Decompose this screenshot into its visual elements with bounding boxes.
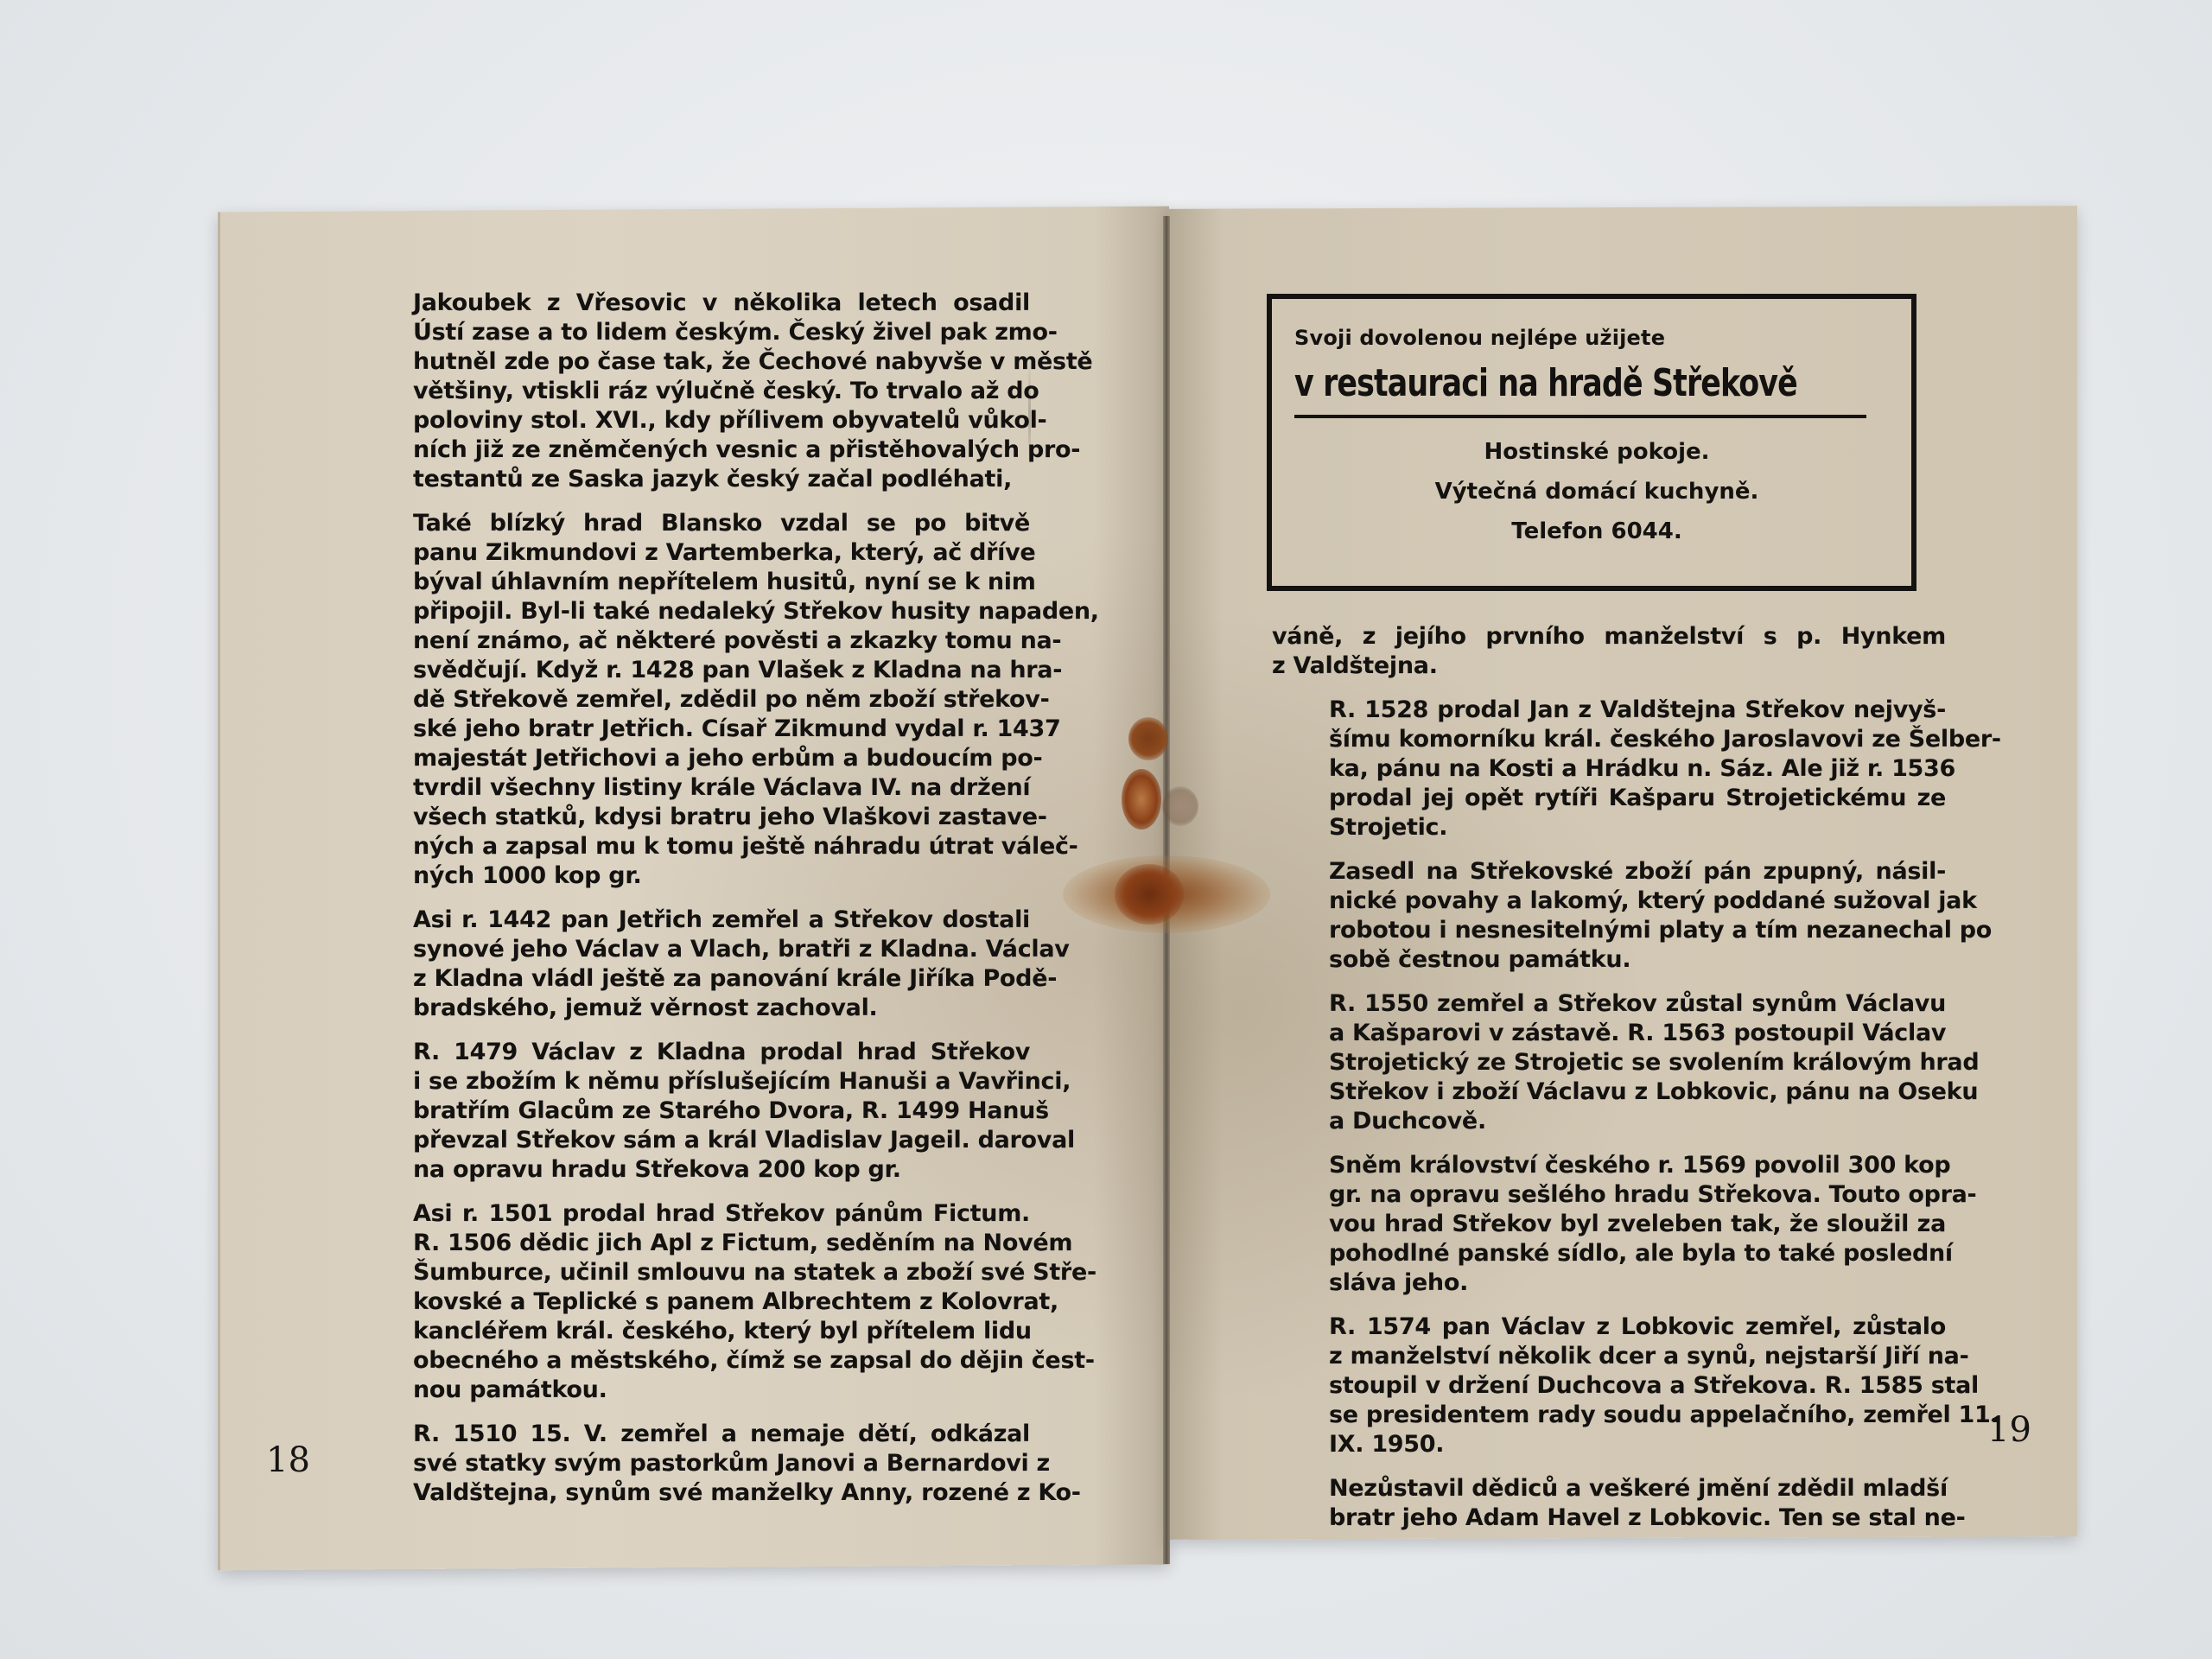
ad-headline: v restauraci na hradě Střekově (1294, 359, 1819, 408)
text-line: Nezůstavil dědiců a veškeré jmění zdědil… (1272, 1474, 1946, 1503)
text-line: tvrdil všechny listiny krále Václava IV.… (356, 773, 1030, 803)
text-line: převzal Střekov sám a král Vladislav Jag… (356, 1126, 1030, 1155)
text-line: ka, pánu na Kosti a Hrádku n. Sáz. Ale j… (1272, 754, 1946, 784)
text-line: své statky svým pastorkům Janovi a Berna… (356, 1449, 1030, 1478)
text-line: R. 1528 prodal Jan z Valdštejna Střekov … (1272, 696, 1946, 725)
text-line: stoupil v držení Duchcova a Střekova. R.… (1272, 1371, 1946, 1401)
text-line: není známo, ač některé pověsti a zkazky … (356, 626, 1030, 656)
rust-stain (1122, 769, 1161, 829)
text-line: Sněm království českého r. 1569 povolil … (1272, 1151, 1946, 1180)
text-line: z manželství několik dcer a synů, nejsta… (1272, 1342, 1946, 1371)
text-line: synové jeho Václav a Vlach, bratři z Kla… (356, 935, 1030, 964)
text-line: i se zbožím k němu příslušejícím Hanuši … (356, 1067, 1030, 1096)
left-page-body: Jakoubek z Vřesovic v několika letech os… (356, 289, 1030, 1522)
text-line: většiny, vtiskli ráz výlučně český. To t… (356, 377, 1030, 406)
text-line: Střekov i zboží Václavu z Lobkovic, pánu… (1272, 1077, 1946, 1107)
text-line: váně, z jejího prvního manželství s p. H… (1272, 622, 1946, 652)
text-line: se presidentem rady soudu appelačního, z… (1272, 1401, 1946, 1430)
text-line: R. 1574 pan Václav z Lobkovic zemřel, zů… (1272, 1313, 1946, 1342)
text-line: pohodlné panské sídlo, ale byla to také … (1272, 1239, 1946, 1268)
text-line: Ústí zase a to lidem českým. Český živel… (356, 318, 1030, 347)
rust-stain (1128, 717, 1168, 760)
paragraph: R. 1574 pan Václav z Lobkovic zemřel, zů… (1272, 1313, 1946, 1459)
paragraph: Sněm království českého r. 1569 povolil … (1272, 1151, 1946, 1298)
paragraph: R. 1528 prodal Jan z Valdštejna Střekov … (1272, 696, 1946, 842)
text-line: Zasedl na Střekovské zboží pán zpupný, n… (1272, 857, 1946, 887)
text-line: robotou i nesnesitelnými platy a tím nez… (1272, 916, 1946, 945)
paragraph: Jakoubek z Vřesovic v několika letech os… (356, 289, 1030, 494)
paragraph: R. 1510 15. V. zemřel a nemaje dětí, odk… (356, 1420, 1030, 1508)
text-line: na opravu hradu Střekova 200 kop gr. (356, 1155, 1030, 1185)
text-line: z Valdštejna. (1272, 652, 1946, 681)
text-line: všech statků, kdysi bratru jeho Vlaškovi… (356, 803, 1030, 832)
text-line: sláva jeho. (1272, 1268, 1946, 1298)
ad-lead-text: Svoji dovolenou nejlépe užijete (1294, 325, 1891, 351)
ad-line-phone: Telefon 6044. (1294, 512, 1899, 551)
text-line: nické povahy a lakomý, který poddané suž… (1272, 887, 1946, 916)
text-line: R. 1506 dědic jich Apl z Fictum, seděním… (356, 1229, 1030, 1258)
ad-divider (1294, 415, 1866, 418)
text-line: Jakoubek z Vřesovic v několika letech os… (356, 289, 1030, 318)
text-line: R. 1550 zemřel a Střekov zůstal synům Vá… (1272, 989, 1946, 1019)
text-line: z Kladna vládl ještě za panování krále J… (356, 964, 1030, 994)
ad-details: Hostinské pokoje. Výtečná domácí kuchyně… (1294, 432, 1899, 551)
text-line: připojil. Byl-li také nedaleký Střekov h… (356, 597, 1030, 626)
paragraph: Zasedl na Střekovské zboží pán zpupný, n… (1272, 857, 1946, 975)
text-line: kovské a Teplické s panem Albrechtem z K… (356, 1287, 1030, 1317)
text-line: R. 1510 15. V. zemřel a nemaje dětí, odk… (356, 1420, 1030, 1449)
text-line: Valdštejna, synům své manželky Anny, roz… (356, 1478, 1030, 1508)
text-line: dě Střekově zemřel, zdědil po něm zboží … (356, 685, 1030, 715)
text-line: ných 1000 kop gr. (356, 861, 1030, 891)
paragraph: Také blízký hrad Blansko vzdal se po bit… (356, 509, 1030, 891)
text-line: bradského, jemuž věrnost zachoval. (356, 994, 1030, 1023)
text-line: bratřím Glacům ze Starého Dvora, R. 1499… (356, 1096, 1030, 1126)
text-line: prodal jej opět rytíři Kašparu Strojetic… (1272, 784, 1946, 813)
text-line: býval úhlavním nepřítelem husitů, nyní s… (356, 568, 1030, 597)
text-line: ných a zapsal mu k tomu ještě náhradu út… (356, 832, 1030, 861)
ad-line-cuisine: Výtečná domácí kuchyně. (1294, 472, 1899, 512)
restaurant-advertisement: Svoji dovolenou nejlépe užijete v restau… (1267, 294, 1916, 591)
text-line: Asi r. 1442 pan Jetřich zemřel a Střekov… (356, 906, 1030, 935)
rust-stain (1115, 864, 1184, 925)
text-line: Strojetický ze Strojetic se svolením krá… (1272, 1048, 1946, 1077)
ad-line-rooms: Hostinské pokoje. (1294, 432, 1899, 472)
text-line: nou památkou. (356, 1376, 1030, 1405)
text-line: vou hrad Střekov byl zveleben tak, že sl… (1272, 1210, 1946, 1239)
text-line: Strojetic. (1272, 813, 1946, 842)
text-line: obecného a městského, čímž se zapsal do … (356, 1346, 1030, 1376)
text-line: ních již ze zněmčených vesnic a přistěho… (356, 435, 1030, 465)
text-line: IX. 1950. (1272, 1430, 1946, 1459)
paragraph: Asi r. 1442 pan Jetřich zemřel a Střekov… (356, 906, 1030, 1023)
text-line: Šumburce, učinil smlouvu na statek a zbo… (356, 1258, 1030, 1287)
text-line: hutněl zde po čase tak, že Čechové nabyv… (356, 347, 1030, 377)
text-line: svědčují. Když r. 1428 pan Vlašek z Klad… (356, 656, 1030, 685)
paragraph: R. 1550 zemřel a Střekov zůstal synům Vá… (1272, 989, 1946, 1136)
paragraph: váně, z jejího prvního manželství s p. H… (1272, 622, 1946, 681)
text-line: R. 1479 Václav z Kladna prodal hrad Stře… (356, 1038, 1030, 1067)
text-line: a Duchcově. (1272, 1107, 1946, 1136)
text-line: gr. na opravu sešlého hradu Střekova. To… (1272, 1180, 1946, 1210)
text-line: a Kašparovi v zástavě. R. 1563 postoupil… (1272, 1019, 1946, 1048)
text-line: Také blízký hrad Blansko vzdal se po bit… (356, 509, 1030, 538)
text-line: majestát Jetřichovi a jeho erbům a budou… (356, 744, 1030, 773)
paragraph: R. 1479 Václav z Kladna prodal hrad Stře… (356, 1038, 1030, 1185)
page-number-left: 18 (266, 1440, 310, 1480)
text-line: Asi r. 1501 prodal hrad Střekov pánům Fi… (356, 1199, 1030, 1229)
paragraph: Asi r. 1501 prodal hrad Střekov pánům Fi… (356, 1199, 1030, 1405)
rust-stain (1162, 786, 1198, 826)
text-line: kancléřem král. českého, který byl příte… (356, 1317, 1030, 1346)
open-booklet: Jakoubek z Vřesovic v několika letech os… (0, 0, 2212, 1659)
text-line: poloviny stol. XVI., kdy přílivem obyvat… (356, 406, 1030, 435)
paragraph: Nezůstavil dědiců a veškeré jmění zdědil… (1272, 1474, 1946, 1533)
page-number-right: 19 (1987, 1410, 2031, 1450)
text-line: šímu komorníku král. českého Jaroslavovi… (1272, 725, 1946, 754)
text-line: ské jeho bratr Jetřich. Císař Zikmund vy… (356, 715, 1030, 744)
text-line: sobě čestnou památku. (1272, 945, 1946, 975)
right-page-body: váně, z jejího prvního manželství s p. H… (1272, 622, 1946, 1548)
text-line: bratr jeho Adam Havel z Lobkovic. Ten se… (1272, 1503, 1946, 1533)
text-line: testantů ze Saska jazyk český začal podl… (356, 465, 1030, 494)
text-line: panu Zikmundovi z Vartemberka, který, ač… (356, 538, 1030, 568)
